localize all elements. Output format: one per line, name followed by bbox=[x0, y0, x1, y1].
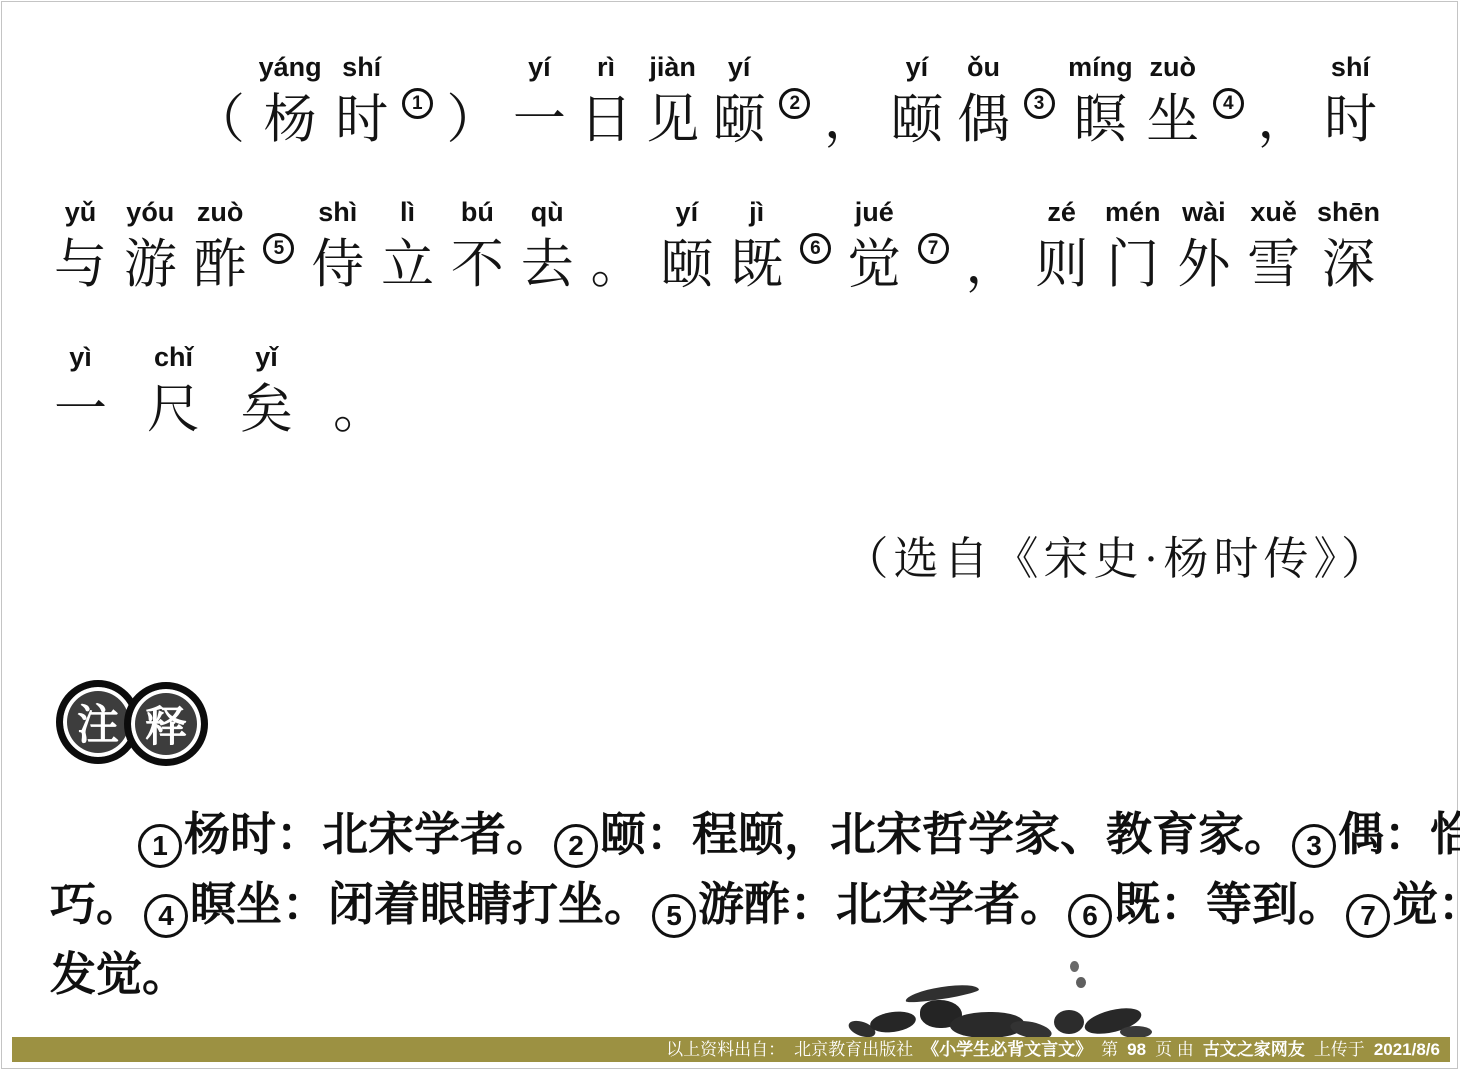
pinyin: yí bbox=[728, 48, 751, 86]
passage-token: yáng杨 bbox=[259, 48, 322, 154]
pinyin: lì bbox=[400, 193, 415, 231]
annotations-stamp: 注 释 bbox=[56, 680, 208, 766]
hanzi: 一 bbox=[513, 86, 566, 154]
passage-token: 。 bbox=[591, 193, 644, 299]
circled-number: 3 bbox=[1024, 88, 1055, 119]
annotation-line: 发觉。 bbox=[50, 940, 1450, 1010]
hanzi: 侍 bbox=[311, 231, 364, 299]
stamp-char: 注 bbox=[77, 692, 119, 752]
pinyin: chǐ bbox=[154, 338, 193, 376]
hanzi: 深 bbox=[1322, 231, 1375, 299]
passage-token: shēn深 bbox=[1317, 193, 1380, 299]
pinyin: yǐ bbox=[255, 338, 278, 376]
hanzi: 则 bbox=[1035, 231, 1088, 299]
circled-number: 7 bbox=[918, 233, 949, 264]
pinyin: yí bbox=[528, 48, 551, 86]
passage-token: wài外 bbox=[1177, 193, 1230, 299]
pinyin: xuě bbox=[1250, 193, 1297, 231]
passage-token: yí颐 bbox=[660, 193, 713, 299]
hanzi: 不 bbox=[451, 231, 504, 299]
passage-token: ， bbox=[1257, 48, 1310, 154]
footer-segment: 98 bbox=[1127, 1040, 1146, 1059]
hanzi: 。 bbox=[333, 376, 386, 444]
circled-number: 2 bbox=[779, 88, 810, 119]
passage-token: míng瞑 bbox=[1068, 48, 1133, 154]
footnote-ref: 5 bbox=[263, 193, 294, 299]
stamp-char: 释 bbox=[145, 694, 187, 754]
passage-token: yóu游 bbox=[124, 193, 177, 299]
annotation-line: 1杨时：北宋学者。2颐：程颐，北宋哲学家、教育家。3偶：恰 bbox=[50, 800, 1450, 870]
hanzi: 雪 bbox=[1247, 231, 1300, 299]
passage-token: ， bbox=[824, 48, 877, 154]
circled-number: 7 bbox=[1346, 894, 1390, 938]
passage-token: qù去 bbox=[521, 193, 574, 299]
ink-blob bbox=[869, 1009, 917, 1035]
pinyin: jiàn bbox=[649, 48, 696, 86]
hanzi: 尺 bbox=[147, 376, 200, 444]
hanzi: 游 bbox=[124, 231, 177, 299]
pinyin: qù bbox=[531, 193, 564, 231]
footer-segment: 第 bbox=[1101, 1040, 1118, 1059]
passage-line-2: yǔ与yóu游zuò酢5shì侍lì立bú不qù去。yí颐jì既6jué觉7，z… bbox=[54, 193, 1380, 299]
passage-token: （ bbox=[192, 48, 245, 154]
hanzi: 去 bbox=[521, 231, 574, 299]
footer-segment: 页 由 bbox=[1155, 1040, 1194, 1059]
hanzi: ， bbox=[824, 86, 877, 154]
footnote-ref: 1 bbox=[402, 48, 433, 154]
passage-token: chǐ尺 bbox=[147, 338, 200, 444]
passage-token: lì立 bbox=[381, 193, 434, 299]
pinyin: yí bbox=[906, 48, 929, 86]
ink-dot bbox=[1076, 977, 1086, 988]
circled-number: 5 bbox=[263, 233, 294, 264]
pinyin: bú bbox=[461, 193, 494, 231]
circled-number: 4 bbox=[1213, 88, 1244, 119]
hanzi: 偶 bbox=[957, 86, 1010, 154]
passage-token: ） bbox=[446, 48, 499, 154]
hanzi: 坐 bbox=[1146, 86, 1199, 154]
hanzi: 一 bbox=[54, 376, 107, 444]
pinyin: yì bbox=[69, 338, 92, 376]
hanzi: ， bbox=[1257, 86, 1310, 154]
passage-token: jì既 bbox=[730, 193, 783, 299]
circled-number: 6 bbox=[1068, 894, 1112, 938]
hanzi: 酢 bbox=[194, 231, 247, 299]
passage-token: shì侍 bbox=[311, 193, 364, 299]
stamp-circle-right: 释 bbox=[124, 682, 208, 766]
document-page: （yáng杨shí时1）yí一rì日jiàn见yí颐2，yí颐ǒu偶3míng瞑… bbox=[1, 1, 1458, 1069]
passage-token: yǐ矣 bbox=[240, 338, 293, 444]
passage-token: yí颐 bbox=[890, 48, 943, 154]
hanzi: 外 bbox=[1177, 231, 1230, 299]
passage-token: rì日 bbox=[580, 48, 633, 154]
pinyin: rì bbox=[597, 48, 615, 86]
circled-number: 6 bbox=[800, 233, 831, 264]
footnote-ref: 4 bbox=[1213, 48, 1244, 154]
pinyin: ǒu bbox=[967, 48, 1000, 86]
passage-token: xuě雪 bbox=[1247, 193, 1300, 299]
pinyin: shí bbox=[1331, 48, 1370, 86]
pinyin: zé bbox=[1047, 193, 1076, 231]
hanzi: 颐 bbox=[660, 231, 713, 299]
ink-dot bbox=[1070, 961, 1079, 972]
hanzi: （ bbox=[192, 86, 245, 154]
passage-token: shí时 bbox=[1324, 48, 1377, 154]
passage-token: ， bbox=[965, 193, 1018, 299]
hanzi: ， bbox=[965, 231, 1018, 299]
footer-segment: 2021/8/6 bbox=[1374, 1040, 1440, 1059]
footer-credit-bar: 以上资料出自：北京教育出版社《小学生必背文言文》第98页 由古文之家网友上传于2… bbox=[12, 1037, 1450, 1062]
footnote-ref: 2 bbox=[779, 48, 810, 154]
hanzi: 门 bbox=[1106, 231, 1159, 299]
footer-segment: 以上资料出自： bbox=[666, 1040, 785, 1059]
annotation-line: 巧。4瞑坐：闭着眼睛打坐。5游酢：北宋学者。6既：等到。7觉： bbox=[50, 870, 1450, 940]
circled-number: 5 bbox=[652, 894, 696, 938]
footer-segment: 古文之家网友 bbox=[1203, 1040, 1305, 1059]
passage-token: shí时 bbox=[335, 48, 388, 154]
page-body: { "colors": { "footer_bg": "#9c9142", "i… bbox=[0, 0, 1460, 1071]
circled-number: 4 bbox=[144, 894, 188, 938]
passage-token: zuò坐 bbox=[1146, 48, 1199, 154]
footer-segment: 北京教育出版社 bbox=[794, 1040, 913, 1059]
passage-token: jiàn见 bbox=[646, 48, 699, 154]
pinyin: shí bbox=[342, 48, 381, 86]
hanzi: 矣 bbox=[240, 376, 293, 444]
pinyin: zuò bbox=[1149, 48, 1196, 86]
passage-line-3: yì一chǐ尺yǐ矣。 bbox=[54, 338, 386, 444]
pinyin: mén bbox=[1105, 193, 1161, 231]
hanzi: 立 bbox=[381, 231, 434, 299]
hanzi: 。 bbox=[591, 231, 644, 299]
pinyin: zuò bbox=[197, 193, 244, 231]
pinyin: yóu bbox=[126, 193, 174, 231]
passage-token: mén门 bbox=[1105, 193, 1161, 299]
circled-number: 3 bbox=[1292, 824, 1336, 868]
annotations-paragraph: 1杨时：北宋学者。2颐：程颐，北宋哲学家、教育家。3偶：恰巧。4瞑坐：闭着眼睛打… bbox=[50, 800, 1450, 1010]
passage-token: ǒu偶 bbox=[957, 48, 1010, 154]
passage-token: yǔ与 bbox=[54, 193, 107, 299]
source-attribution: （选自《宋史·杨时传》） bbox=[844, 522, 1392, 587]
hanzi: 既 bbox=[730, 231, 783, 299]
hanzi: 时 bbox=[335, 86, 388, 154]
pinyin: wài bbox=[1182, 193, 1226, 231]
passage-token: jué觉 bbox=[848, 193, 901, 299]
ink-blob bbox=[1054, 1010, 1084, 1034]
pinyin: yǔ bbox=[65, 193, 97, 231]
hanzi: 颐 bbox=[713, 86, 766, 154]
pinyin: yáng bbox=[259, 48, 322, 86]
hanzi: 杨 bbox=[264, 86, 317, 154]
passage-token: yí一 bbox=[513, 48, 566, 154]
passage-line-1: （yáng杨shí时1）yí一rì日jiàn见yí颐2，yí颐ǒu偶3míng瞑… bbox=[192, 48, 1377, 154]
hanzi: 与 bbox=[54, 231, 107, 299]
footnote-ref: 6 bbox=[800, 193, 831, 299]
hanzi: 日 bbox=[580, 86, 633, 154]
pinyin: shēn bbox=[1317, 193, 1380, 231]
passage-token: zuò酢 bbox=[194, 193, 247, 299]
pinyin: jué bbox=[855, 193, 894, 231]
hanzi: 瞑 bbox=[1074, 86, 1127, 154]
passage-token: yì一 bbox=[54, 338, 107, 444]
passage-token: 。 bbox=[333, 338, 386, 444]
circled-number: 1 bbox=[402, 88, 433, 119]
footnote-ref: 3 bbox=[1024, 48, 1055, 154]
footer-segment: 《小学生必背文言文》 bbox=[922, 1040, 1092, 1059]
passage-token: yí颐 bbox=[713, 48, 766, 154]
footer-segment: 上传于 bbox=[1314, 1040, 1365, 1059]
pinyin: míng bbox=[1068, 48, 1133, 86]
hanzi: ） bbox=[446, 86, 499, 154]
hanzi: 颐 bbox=[890, 86, 943, 154]
pinyin: yí bbox=[676, 193, 699, 231]
circled-number: 2 bbox=[554, 824, 598, 868]
hanzi: 时 bbox=[1324, 86, 1377, 154]
hanzi: 觉 bbox=[848, 231, 901, 299]
footnote-ref: 7 bbox=[918, 193, 949, 299]
pinyin: shì bbox=[318, 193, 357, 231]
hanzi: 见 bbox=[646, 86, 699, 154]
pinyin: jì bbox=[749, 193, 764, 231]
passage-token: bú不 bbox=[451, 193, 504, 299]
passage-token: zé则 bbox=[1035, 193, 1088, 299]
circled-number: 1 bbox=[138, 824, 182, 868]
